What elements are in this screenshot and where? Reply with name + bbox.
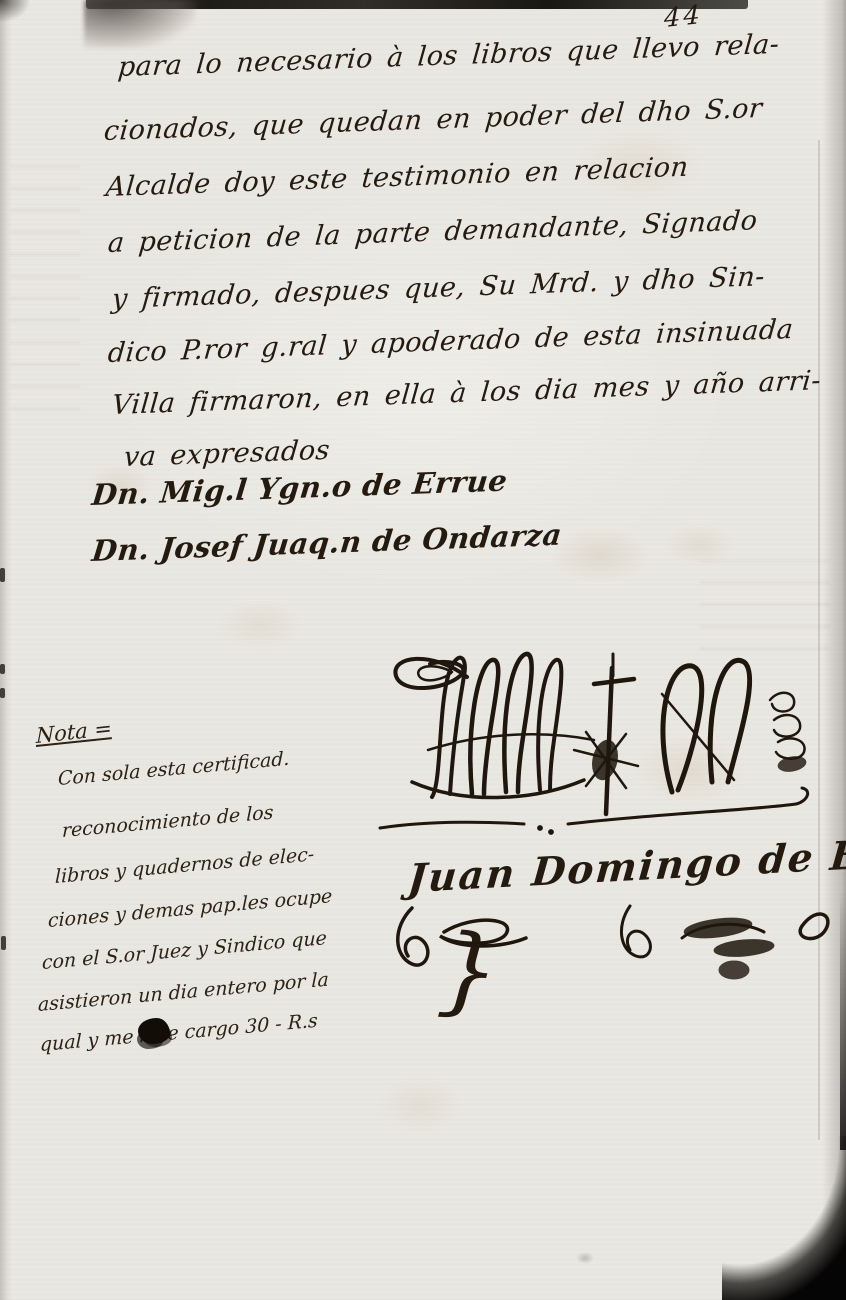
page-edge-shadow — [840, 890, 846, 1150]
binding-mark — [0, 568, 5, 582]
signature-flourish — [382, 898, 842, 990]
top-left-corner-smudge — [0, 0, 30, 22]
binding-mark — [0, 688, 5, 698]
ink-blot — [138, 1018, 170, 1044]
scanned-manuscript-page: 44 para lo necesario à los libros que ll… — [0, 0, 846, 1300]
show-through-text — [10, 150, 80, 410]
bottom-right-corner-curl — [722, 1136, 846, 1300]
top-smudge-stain — [84, 0, 196, 48]
binding-mark — [1, 936, 6, 950]
notarial-rubric-flourish — [372, 632, 842, 842]
binding-mark — [0, 664, 5, 674]
folio-number: 44 — [664, 0, 703, 34]
